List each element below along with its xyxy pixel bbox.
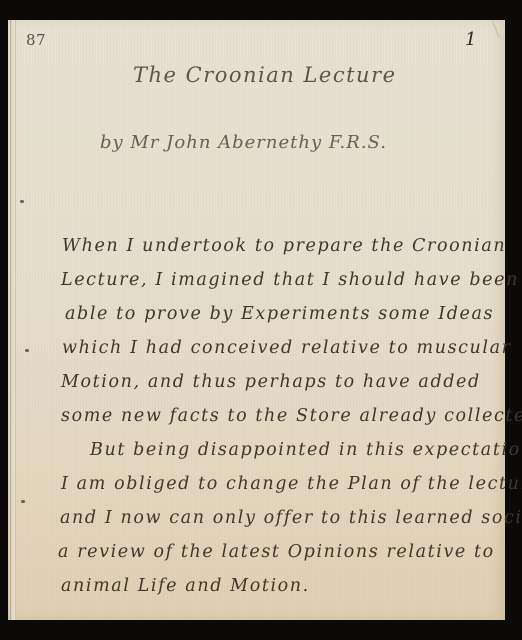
- paragraph-1-line-4: which I had conceived relative to muscul…: [62, 338, 512, 358]
- page-corner-curl: [492, 17, 511, 42]
- paragraph-2-line-1: But being disappointed in this expectati…: [90, 440, 522, 460]
- folio-number-right: 1: [465, 29, 477, 50]
- paragraph-2-line-2: I am obliged to change the Plan of the l…: [61, 474, 522, 494]
- folio-number-left: 87: [26, 31, 46, 49]
- margin-ink-mark: [25, 349, 29, 352]
- manuscript-page: 87 1 The Croonian Lecture by Mr John Abe…: [8, 20, 505, 620]
- paragraph-1-line-6: some new facts to the Store already coll…: [61, 406, 522, 426]
- paragraph-1-line-5: Motion, and thus perhaps to have added: [61, 372, 481, 392]
- page-title: The Croonian Lecture: [133, 63, 397, 87]
- paragraph-1-line-1: When I undertook to prepare the Croonian: [62, 236, 506, 256]
- page-fold-line: [10, 20, 16, 620]
- paragraph-2-line-3: and I now can only offer to this learned…: [60, 508, 522, 528]
- paragraph-2-line-4: a review of the latest Opinions relative…: [58, 542, 495, 562]
- paragraph-1-line-2: Lecture, I imagined that I should have b…: [61, 270, 519, 290]
- margin-ink-mark: [20, 200, 24, 203]
- author-byline: by Mr John Abernethy F.R.S.: [100, 132, 387, 153]
- paragraph-2-line-5: animal Life and Motion.: [61, 576, 310, 596]
- paragraph-1-line-3: able to prove by Experiments some Ideas: [65, 304, 494, 324]
- margin-ink-mark: [21, 500, 25, 503]
